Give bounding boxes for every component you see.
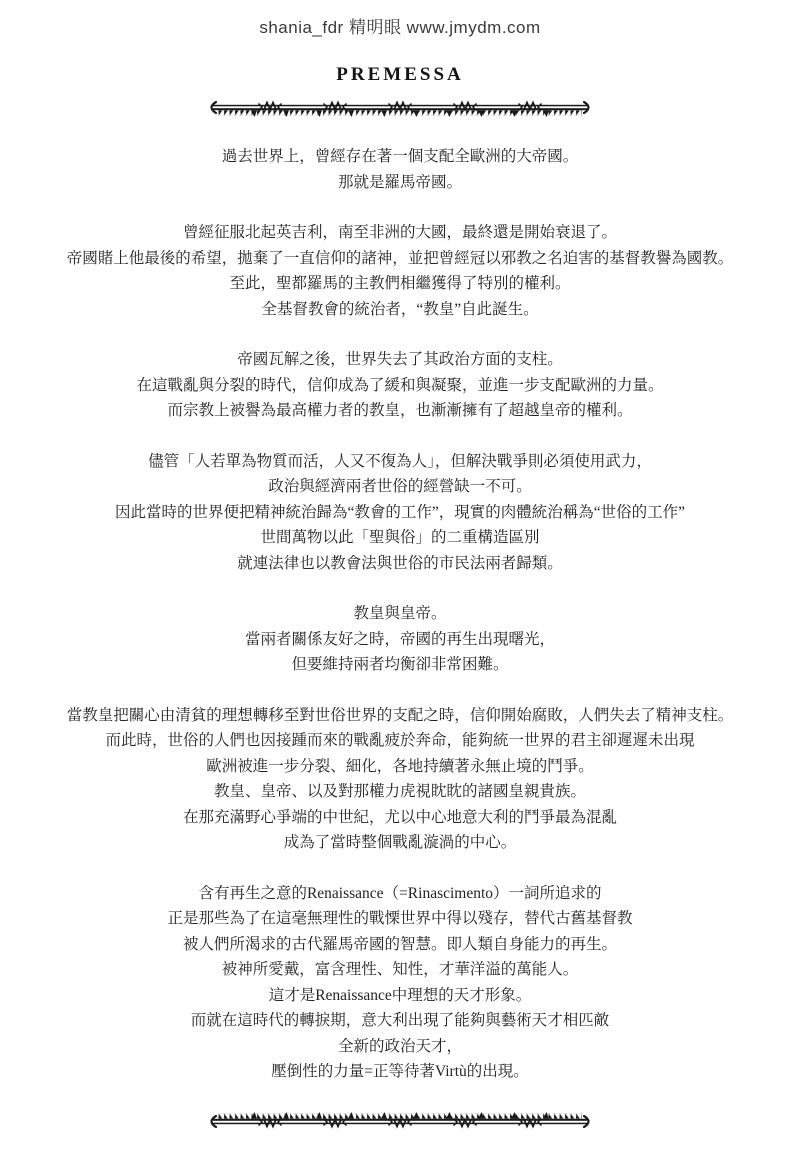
text-line: 帝國瓦解之後，世界失去了其政治方面的支柱。 bbox=[0, 347, 800, 373]
preface-text: 過去世界上，曾經存在著一個支配全歐洲的大帝國。那就是羅馬帝國。曾經征服北起英吉利… bbox=[0, 144, 800, 1085]
text-line: 至此，聖都羅馬的主教們相繼獲得了特別的權利。 bbox=[0, 271, 800, 297]
text-line: 但要維持兩者均衡卻非常困難。 bbox=[0, 652, 800, 678]
barbed-chain-divider-icon bbox=[205, 99, 595, 119]
text-line: 歐洲被進一步分裂、細化，各地持續著永無止境的鬥爭。 bbox=[0, 754, 800, 780]
text-line: 這才是Renaissance中理想的天才形象。 bbox=[0, 983, 800, 1009]
text-line: 在這戰亂與分裂的時代，信仰成為了緩和與凝聚，並進一步支配歐洲的力量。 bbox=[0, 373, 800, 399]
text-line: 全新的政治天才， bbox=[0, 1034, 800, 1060]
text-line: 在那充滿野心爭端的中世紀，尤以中心地意大利的鬥爭最為混亂 bbox=[0, 805, 800, 831]
text-line: 含有再生之意的Renaissance（=Rinascimento）一詞所追求的 bbox=[0, 881, 800, 907]
text-line: 世間萬物以此「聖與俗」的二重構造區別 bbox=[0, 525, 800, 551]
text-line: 儘管「人若單為物質而活，人又不復為人」，但解決戰爭則必須使用武力， bbox=[0, 449, 800, 475]
text-line: 當兩者關係友好之時，帝國的再生出現曙光， bbox=[0, 627, 800, 653]
paragraph: 曾經征服北起英吉利，南至非洲的大國，最終還是開始衰退了。帝國賭上他最後的希望，拋… bbox=[0, 220, 800, 322]
text-line: 被人們所渴求的古代羅馬帝國的智慧。即人類自身能力的再生。 bbox=[0, 932, 800, 958]
text-line: 成為了當時整個戰亂漩渦的中心。 bbox=[0, 830, 800, 856]
divider-top bbox=[0, 99, 800, 119]
text-line: 全基督教會的統治者，“教皇”自此誕生。 bbox=[0, 297, 800, 323]
paragraph: 儘管「人若單為物質而活，人又不復為人」，但解決戰爭則必須使用武力，政治與經濟兩者… bbox=[0, 449, 800, 577]
barbed-chain-divider-mirrored-icon bbox=[205, 1110, 595, 1130]
paragraph: 含有再生之意的Renaissance（=Rinascimento）一詞所追求的正… bbox=[0, 881, 800, 1085]
paragraph: 當教皇把關心由清貧的理想轉移至對世俗世界的支配之時，信仰開始腐敗，人們失去了精神… bbox=[0, 703, 800, 856]
watermark-text: shania_fdr 精明眼 www.jmydm.com bbox=[0, 0, 800, 38]
text-line: 帝國賭上他最後的希望，拋棄了一直信仰的諸神，並把曾經冠以邪教之名迫害的基督教譽為… bbox=[0, 246, 800, 272]
text-line: 教皇、皇帝、以及對那權力虎視眈眈的諸國皇親貴族。 bbox=[0, 779, 800, 805]
divider-bottom bbox=[0, 1110, 800, 1130]
paragraph: 過去世界上，曾經存在著一個支配全歐洲的大帝國。那就是羅馬帝國。 bbox=[0, 144, 800, 195]
scanned-preface-page: shania_fdr 精明眼 www.jmydm.com PREMESSA 過去… bbox=[0, 0, 800, 1169]
text-line: 當教皇把關心由清貧的理想轉移至對世俗世界的支配之時，信仰開始腐敗，人們失去了精神… bbox=[0, 703, 800, 729]
paragraph: 帝國瓦解之後，世界失去了其政治方面的支柱。在這戰亂與分裂的時代，信仰成為了緩和與… bbox=[0, 347, 800, 424]
text-line: 就連法律也以教會法與世俗的市民法兩者歸類。 bbox=[0, 551, 800, 577]
text-line: 曾經征服北起英吉利，南至非洲的大國，最終還是開始衰退了。 bbox=[0, 220, 800, 246]
text-line: 而宗教上被譽為最高權力者的教皇，也漸漸擁有了超越皇帝的權利。 bbox=[0, 398, 800, 424]
text-line: 被神所愛戴，富含理性、知性，才華洋溢的萬能人。 bbox=[0, 957, 800, 983]
text-line: 而此時，世俗的人們也因接踵而來的戰亂疲於奔命，能夠統一世界的君主卻遲遲未出現 bbox=[0, 728, 800, 754]
text-line: 因此當時的世界便把精神統治歸為“教會的工作”，現實的肉體統治稱為“世俗的工作” bbox=[0, 500, 800, 526]
text-line: 政治與經濟兩者世俗的經營缺一不可。 bbox=[0, 474, 800, 500]
paragraph: 教皇與皇帝。當兩者關係友好之時，帝國的再生出現曙光，但要維持兩者均衡卻非常困難。 bbox=[0, 601, 800, 678]
page-title: PREMESSA bbox=[0, 64, 800, 86]
text-line: 而就在這時代的轉捩期，意大利出現了能夠與藝術天才相匹敵 bbox=[0, 1008, 800, 1034]
text-line: 過去世界上，曾經存在著一個支配全歐洲的大帝國。 bbox=[0, 144, 800, 170]
text-line: 壓倒性的力量=正等待著Virtù的出現。 bbox=[0, 1059, 800, 1085]
text-line: 正是那些為了在這毫無理性的戰慄世界中得以殘存，替代古舊基督教 bbox=[0, 906, 800, 932]
text-line: 教皇與皇帝。 bbox=[0, 601, 800, 627]
text-line: 那就是羅馬帝國。 bbox=[0, 170, 800, 196]
